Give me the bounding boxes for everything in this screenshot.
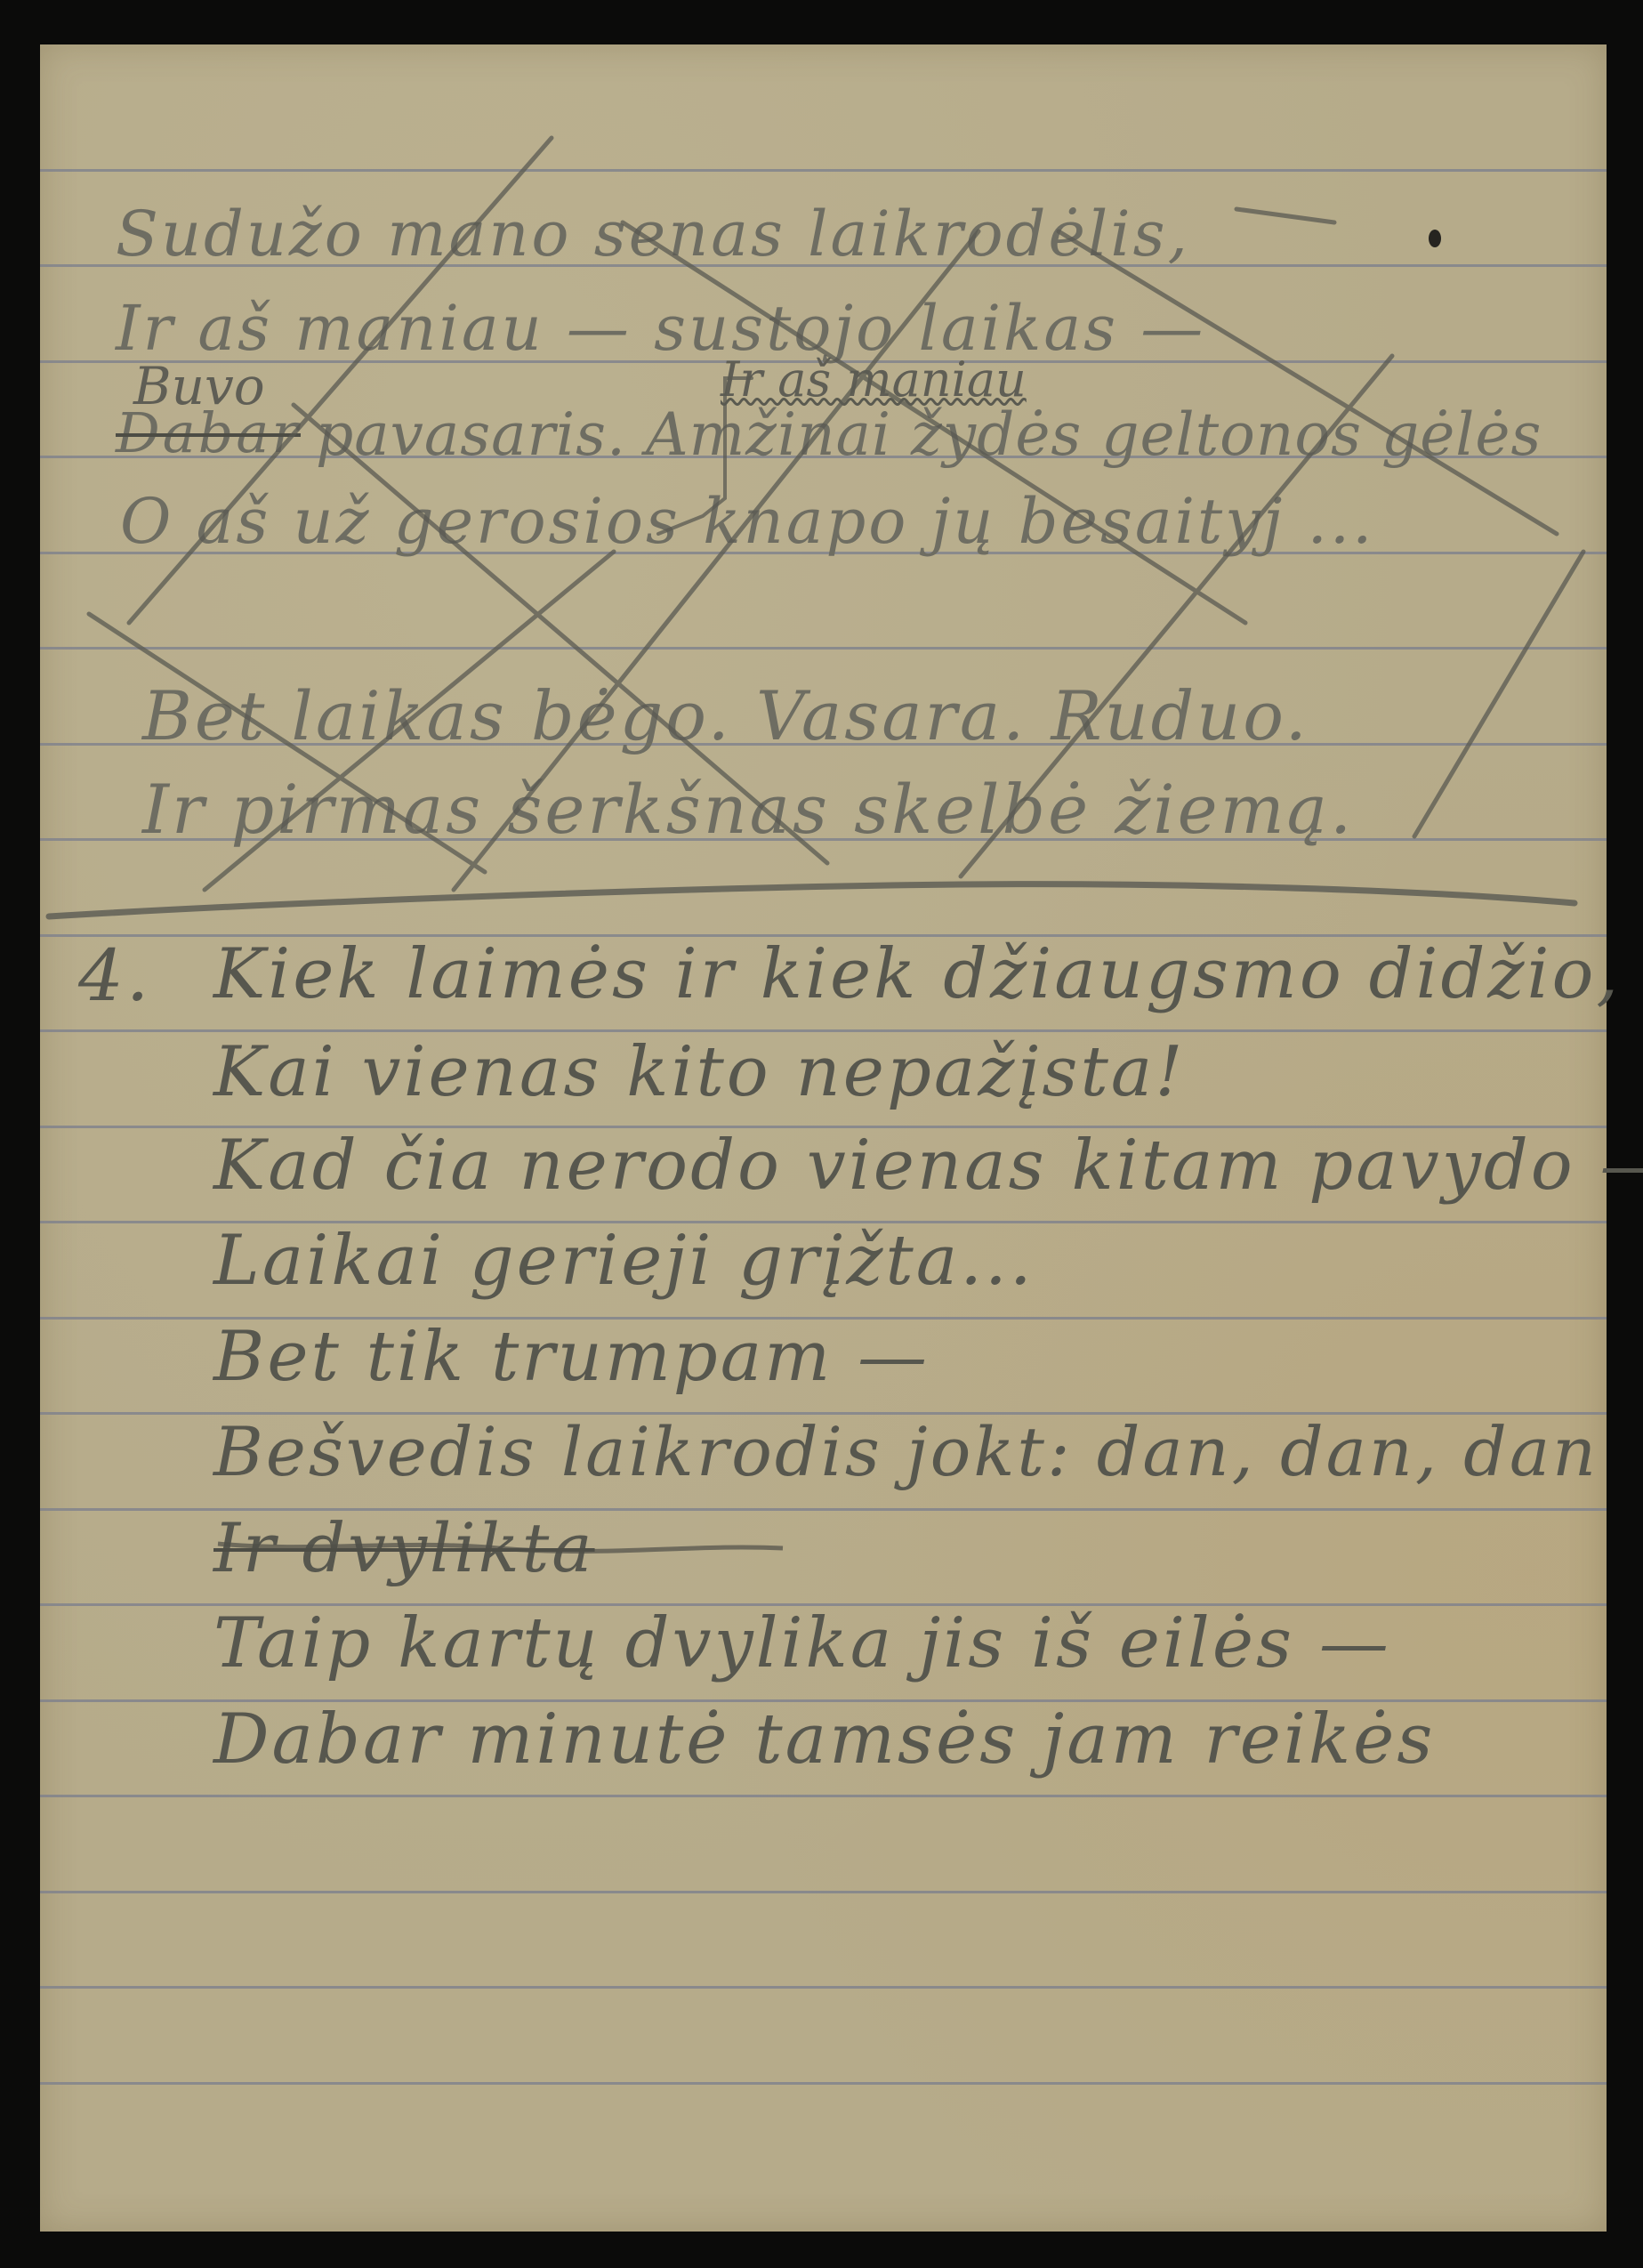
ruled-line <box>40 647 1607 650</box>
struck-word: Dabar <box>116 400 301 465</box>
struck-line: Ir dvylikta <box>213 1508 595 1587</box>
poem-line: Ir pirmas šerkšnas skelbė žiemą. <box>142 770 1354 849</box>
poem-line: Dabar minutė tamsės jam reikės <box>213 1699 1435 1780</box>
ruled-line <box>40 169 1607 172</box>
poem-line: Kiek laimės ir kiek džiaugsmo didžio, <box>213 934 1621 1014</box>
poem-line: Ir aš maniau — sustojo laikas — <box>116 292 1205 365</box>
poem-line: Taip kartų dvylika jis iš eilės — <box>213 1603 1391 1683</box>
bracket-insertion: Ir aš maniau <box>721 351 1027 408</box>
ink-spot <box>1429 230 1441 247</box>
poem-line: Bet tik trumpam — <box>213 1317 930 1397</box>
poem-line: Kad čia nerodo vienas kitam pavydo — <box>213 1126 1643 1206</box>
poem-line: Sudužo mano senas laikrodėlis, <box>116 198 1190 270</box>
ruled-line <box>40 2082 1607 2085</box>
poem-line: Laikai gerieji grįžta... <box>213 1221 1035 1301</box>
poem-line: pavasaris. Amžinai žydės geltonos gėlės <box>316 400 1542 469</box>
ruled-line <box>40 1795 1607 1797</box>
stanza-number: 4. <box>78 934 151 1017</box>
poem-line: O aš už gerosios knapo jų besaityj ... <box>120 485 1374 558</box>
poem-line: Kai vienas kito nepažįsta! <box>213 1032 1186 1112</box>
poem-line: Bešvedis laikrodis jokt: dan, dan, dan <box>213 1412 1599 1491</box>
poem-line: Bet laikas bėgo. Vasara. Ruduo. <box>142 676 1309 755</box>
ruled-line <box>40 1891 1607 1893</box>
ruled-line <box>40 1986 1607 1989</box>
